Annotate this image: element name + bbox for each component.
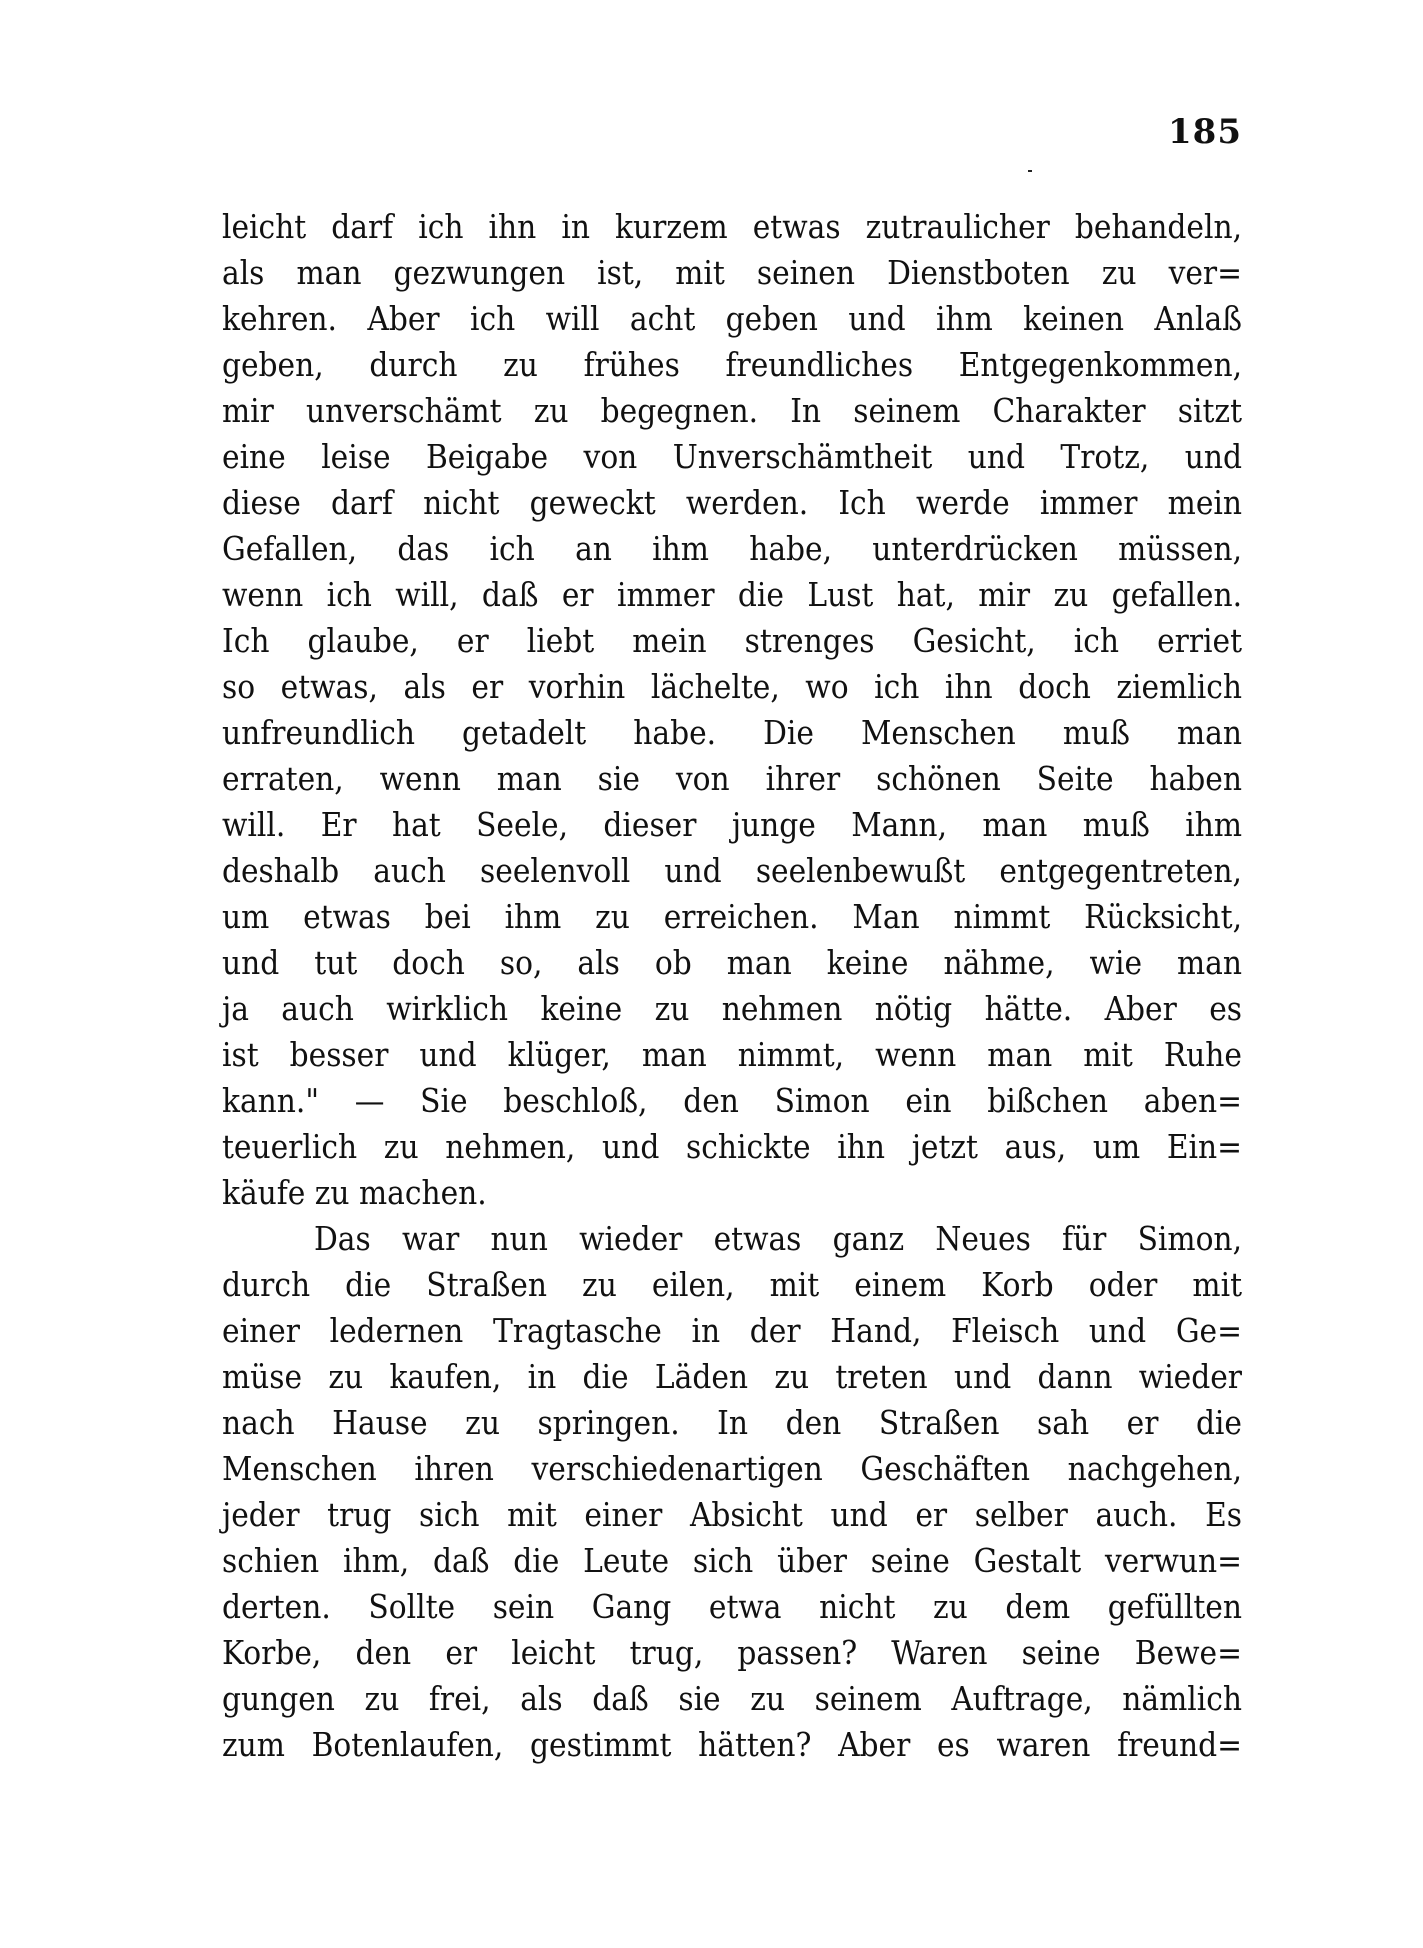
text-line: müse zu kaufen, in die Läden zu treten u… — [222, 1354, 1242, 1400]
text-line: um etwas bei ihm zu erreichen. Man nimmt… — [222, 894, 1242, 940]
text-line: wenn ich will, daß er immer die Lust hat… — [222, 572, 1242, 618]
text-line: einer ledernen Tragtasche in der Hand, F… — [222, 1308, 1242, 1354]
text-line: gungen zu frei, als daß sie zu seinem Au… — [222, 1676, 1242, 1722]
text-line: mir unverschämt zu begegnen. In seinem C… — [222, 388, 1242, 434]
text-line: erraten, wenn man sie von ihrer schönen … — [222, 756, 1242, 802]
text-line: derten. Sollte sein Gang etwa nicht zu d… — [222, 1584, 1242, 1630]
text-line: Korbe, den er leicht trug, passen? Waren… — [222, 1630, 1242, 1676]
text-line: unfreundlich getadelt habe. Die Menschen… — [222, 710, 1242, 756]
scan-speck — [1028, 170, 1032, 172]
text-line: teuerlich zu nehmen, und schickte ihn je… — [222, 1124, 1242, 1170]
text-line: ist besser und klüger, man nimmt, wenn m… — [222, 1032, 1242, 1078]
text-line: jeder trug sich mit einer Absicht und er… — [222, 1492, 1242, 1538]
text-line: schien ihm, daß die Leute sich über sein… — [222, 1538, 1242, 1584]
text-line: will. Er hat Seele, dieser junge Mann, m… — [222, 802, 1242, 848]
text-line: kann." — Sie beschloß, den Simon ein biß… — [222, 1078, 1242, 1124]
page-number: 185 — [1166, 112, 1242, 152]
text-line: deshalb auch seelenvoll und seelenbewußt… — [222, 848, 1242, 894]
text-line: so etwas, als er vorhin lächelte, wo ich… — [222, 664, 1242, 710]
text-line: als man gezwungen ist, mit seinen Dienst… — [222, 250, 1242, 296]
text-line: geben, durch zu frühes freundliches Entg… — [222, 342, 1242, 388]
text-line: kehren. Aber ich will acht geben und ihm… — [222, 296, 1242, 342]
text-line: ja auch wirklich keine zu nehmen nötig h… — [222, 986, 1242, 1032]
paragraph-end-line: käufe zu machen. — [222, 1170, 1242, 1216]
text-line: Menschen ihren verschiedenartigen Geschä… — [222, 1446, 1242, 1492]
text-line: und tut doch so, als ob man keine nähme,… — [222, 940, 1242, 986]
body-text: leicht darf ich ihn in kurzem etwas zutr… — [222, 204, 1242, 1768]
text-line: Gefallen, das ich an ihm habe, unterdrüc… — [222, 526, 1242, 572]
text-line: diese darf nicht geweckt werden. Ich wer… — [222, 480, 1242, 526]
text-line: zum Botenlaufen, gestimmt hätten? Aber e… — [222, 1722, 1242, 1768]
paragraph-start-line: Das war nun wieder etwas ganz Neues für … — [222, 1216, 1242, 1262]
text-line: eine leise Beigabe von Unverschämtheit u… — [222, 434, 1242, 480]
text-line: Ich glaube, er liebt mein strenges Gesic… — [222, 618, 1242, 664]
text-line: durch die Straßen zu eilen, mit einem Ko… — [222, 1262, 1242, 1308]
text-line: nach Hause zu springen. In den Straßen s… — [222, 1400, 1242, 1446]
text-line: leicht darf ich ihn in kurzem etwas zutr… — [222, 204, 1242, 250]
